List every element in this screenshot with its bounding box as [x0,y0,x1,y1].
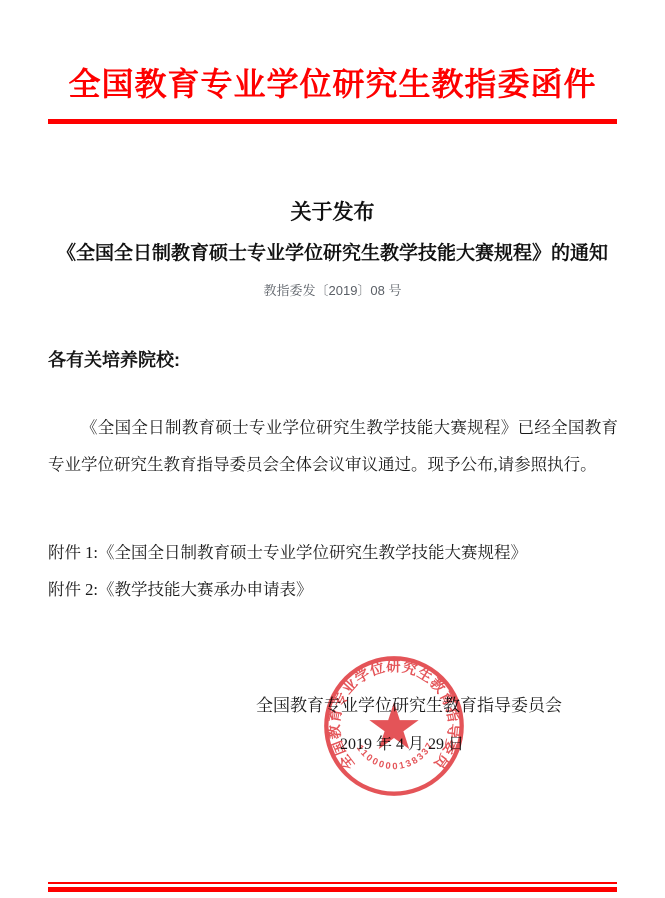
letterhead-title: 全国教育专业学位研究生教指委函件 [0,62,665,106]
attachment-item-1: 附件 1:《全国全日制教育硕士专业学位研究生教学技能大赛规程》 [48,542,527,564]
notice-title-line2: 《全国全日制教育硕士专业学位研究生教学技能大赛规程》的通知 [0,241,665,267]
footer-rule-thin [48,882,617,884]
footer-rule-thick [48,887,617,892]
signature-organization: 全国教育专业学位研究生教育指导委员会 [256,694,548,717]
signature-date: 2019 年 4 月 29 日 [256,734,548,756]
body-paragraph: 《全国全日制教育硕士专业学位研究生教学技能大赛规程》已经全国教育专业学位研究生教… [48,409,618,483]
attachment-item-2: 附件 2:《教学技能大赛承办申请表》 [48,579,312,601]
document-page: 全国教育专业学位研究生教指委函件 关于发布 《全国全日制教育硕士专业学位研究生教… [0,0,665,898]
document-number: 教指委发〔2019〕08 号 [0,282,665,300]
footer-rules [48,882,617,893]
salutation: 各有关培养院校: [48,348,180,372]
notice-title-line1: 关于发布 [0,199,665,227]
letterhead-rule [48,119,617,124]
closing-block: 全国教育专业学位研究生教育指导委员会 2019 年 4 月 29 日 [256,694,548,756]
